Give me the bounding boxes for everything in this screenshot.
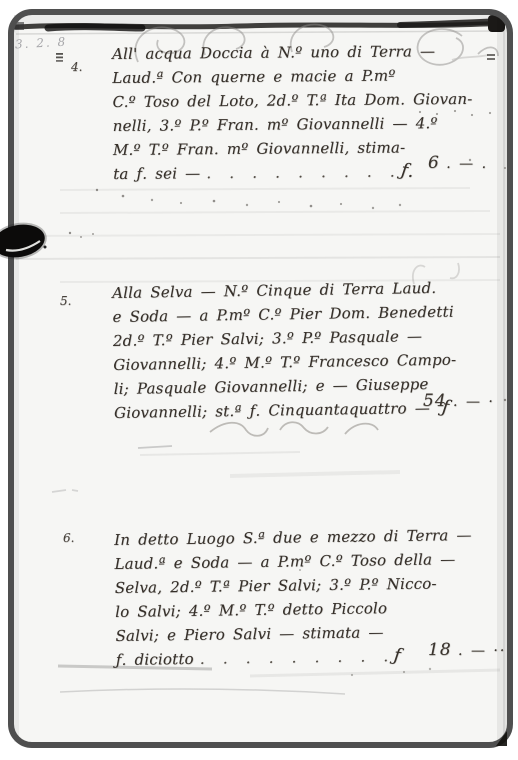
florin-sign: ƒ. [399,159,415,184]
amount-value: 54 [423,391,447,411]
manuscript-line: ƒ. diciotto. . . . . . . . .ƒ [116,643,476,672]
entry-amount: 18 . — ·· [428,640,506,660]
manuscript-line: Selva, 2d.º T.ª Pier Salvi; 3.º P.º Nicc… [115,571,475,600]
amount-value: 18 [428,640,452,660]
manuscript-line: All' acqua Doccia à N.º uno di Terra — [112,39,472,66]
ledger-entry: In detto Luogo S.ª due e mezzo di Terra … [114,523,476,672]
scanned-document-page: 3. 2. 8 4. All' acqua Doccia à N.º uno d… [0,0,518,760]
amount-dashes: . — . [446,156,488,172]
manuscript-line: nelli, 3.º P.º Fran. mº Giovannelli — 4.… [113,111,473,138]
manuscript-line: Laud.ª Con querne e macie a P.mº [112,63,472,90]
amount-dashes: . — ·· [458,643,506,659]
manuscript-line: M.º T.º Fran. mº Giovannelli, stima- [113,135,473,162]
line-text: ta ƒ. sei — [113,164,200,183]
ledger-entry: All' acqua Doccia à N.º uno di Terra — L… [112,39,473,186]
line-text: ƒ. diciotto [116,650,194,669]
ledger-entry: Alla Selva — N.º Cinque di Terra Laud. e… [112,275,474,425]
pencil-folio-mark: 3. 2. 8 [15,35,68,52]
amount-dashes: . — · [453,394,495,410]
leader-dots: . . . . . . . . . [200,162,401,182]
amount-value: 6 [428,153,440,173]
entry-number: 4. [71,60,82,74]
entry-amount: 54 . — · [423,391,495,411]
manuscript-line: C.º Toso del Loto, 2d.º T.ª Ita Dom. Gio… [112,87,472,114]
entry-amount: 6 . — . [428,153,488,173]
manuscript-line: ta ƒ. sei —. . . . . . . . .ƒ. [113,159,473,186]
florin-sign: ƒ [393,644,403,669]
entry-number: 5. [60,294,71,308]
entry-number: 6. [63,531,74,545]
leader-dots: . . . . . . . . . [194,647,395,668]
line-text: Giovannelli; st.ª ƒ. Cinquantaquattro — [114,399,430,422]
